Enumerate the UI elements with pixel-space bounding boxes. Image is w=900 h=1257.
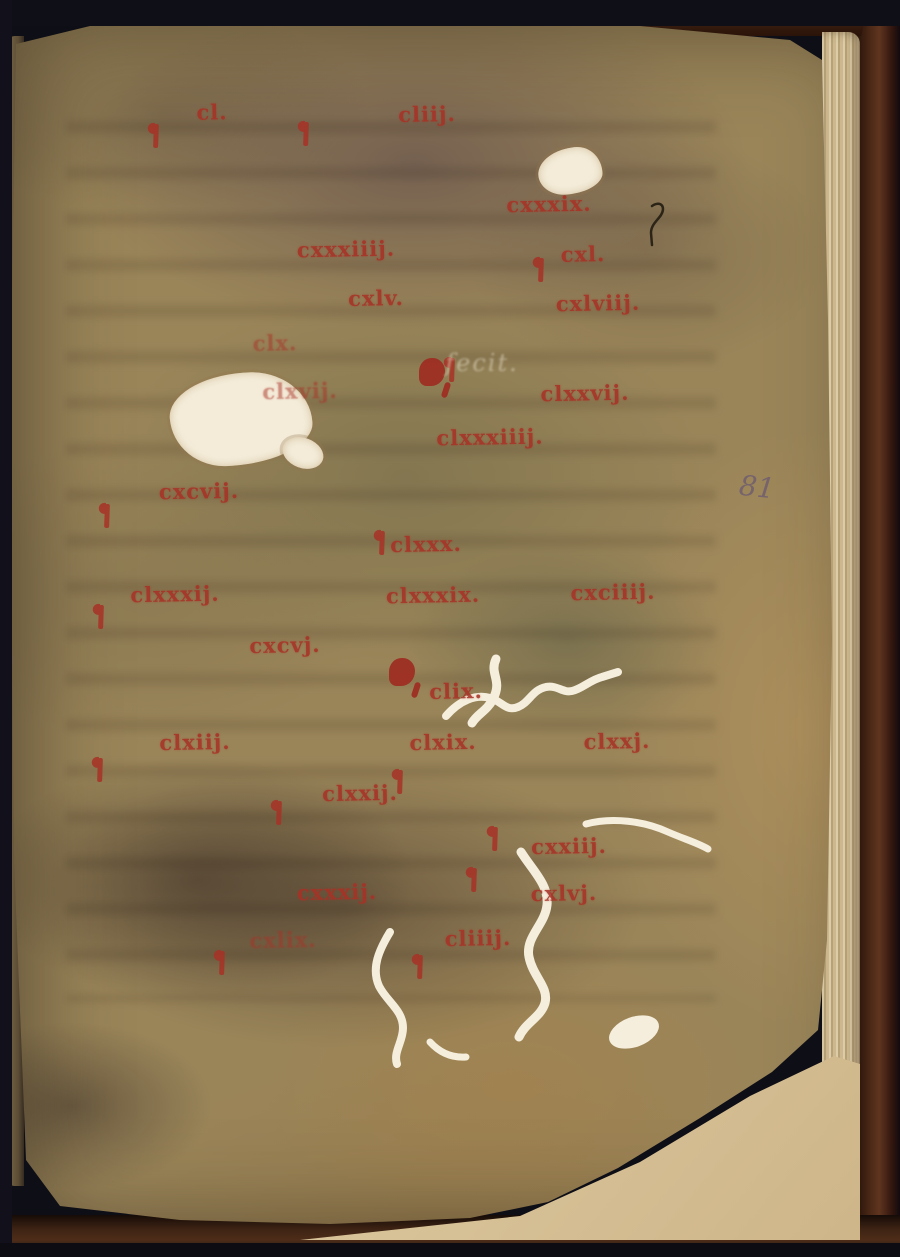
- chapter-numeral: cxlvj.: [531, 880, 598, 906]
- chapter-numeral: cxlix.: [249, 927, 317, 953]
- chapter-numeral: clxxxiiij.: [436, 424, 544, 451]
- rubric-pilcrow: [379, 531, 385, 555]
- faint-text-fragment: fecit.: [445, 349, 518, 377]
- chapter-numeral: clxxxix.: [386, 582, 481, 609]
- rubric-pilcrow: [538, 258, 544, 282]
- chapter-numeral: clxvij.: [262, 378, 338, 404]
- chapter-numeral: clxix.: [409, 729, 477, 755]
- chapter-numeral: cxcvj.: [249, 632, 321, 658]
- rubric-pilcrow: [153, 124, 159, 148]
- rubric-pilcrow: [397, 770, 403, 794]
- chapter-numeral: clxxij.: [322, 780, 398, 806]
- rubric-pilcrow: [492, 827, 498, 851]
- chapter-numeral: cxlv.: [348, 285, 404, 311]
- rubric-pilcrow: [303, 122, 309, 146]
- book-cover-right-edge: [854, 0, 900, 1257]
- chapter-numeral: clxxx.: [390, 531, 462, 557]
- annotations-layer: cl.cliij.cxxxix.cxxxiiij.cxl.cxlv.cxlvii…: [0, 0, 900, 1257]
- chapter-numeral: cxcvij.: [159, 478, 240, 504]
- rubric-pilcrow: [98, 605, 104, 629]
- chapter-numeral: clix.: [429, 678, 483, 704]
- rubric-pilcrow: [276, 801, 282, 825]
- rubric-pilcrow: [104, 504, 110, 528]
- chapter-numeral: cxxxiiij.: [297, 236, 396, 263]
- chapter-numeral: clx.: [252, 330, 297, 356]
- photo-border-top: [0, 0, 900, 26]
- photo-border-left: [0, 0, 12, 1257]
- chapter-numeral: cliij.: [398, 101, 456, 127]
- chapter-numeral: cxxiij.: [531, 833, 607, 859]
- folio-number: 81: [738, 469, 777, 506]
- chapter-numeral: cxxxij.: [297, 879, 378, 905]
- rubric-initial: [389, 658, 415, 686]
- chapter-numeral: clxiij.: [159, 729, 231, 755]
- manuscript-photo: cl.cliij.cxxxix.cxxxiiij.cxl.cxlv.cxlvii…: [0, 0, 900, 1257]
- photo-border-bottom: [0, 1243, 900, 1257]
- chapter-numeral: cxxxix.: [506, 191, 592, 217]
- chapter-numeral: clxxxij.: [130, 581, 220, 608]
- chapter-numeral: clxxj.: [583, 728, 650, 754]
- chapter-numeral: cxlviij.: [556, 290, 641, 316]
- chapter-numeral: cxl.: [560, 241, 605, 267]
- rubric-initial: [419, 358, 445, 386]
- parchment-leaf: cl.cliij.cxxxix.cxxxiiij.cxl.cxlv.cxlvii…: [0, 0, 900, 1257]
- chapter-numeral: clxxvij.: [540, 380, 629, 407]
- rubric-pilcrow: [417, 955, 423, 979]
- rubric-pilcrow: [97, 758, 103, 782]
- rubric-pilcrow: [219, 951, 225, 975]
- chapter-numeral: cxciiij.: [570, 579, 655, 605]
- rubric-pilcrow: [471, 868, 477, 892]
- chapter-numeral: cl.: [196, 99, 228, 125]
- chapter-numeral: cliiij.: [444, 925, 511, 951]
